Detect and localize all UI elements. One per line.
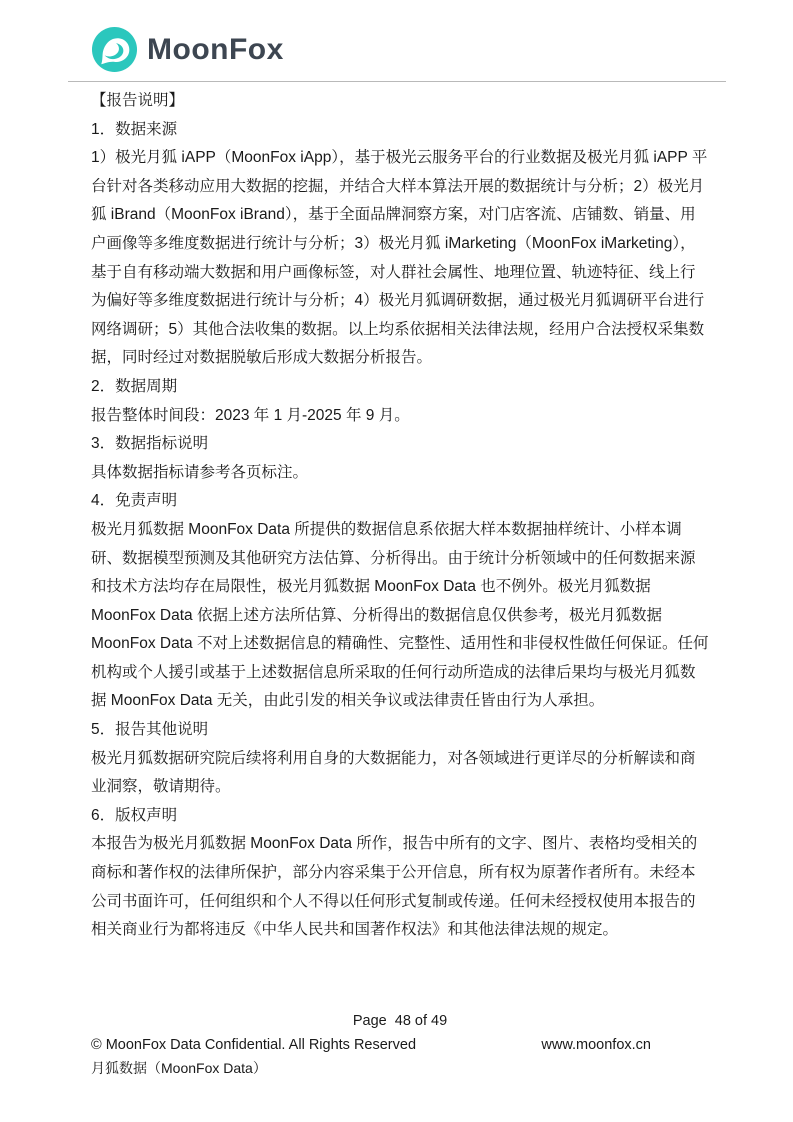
moonfox-logo: MoonFox xyxy=(91,26,284,73)
report-body: 【报告说明】 1．数据来源 1）极光月狐 iAPP（MoonFox iApp），… xyxy=(91,87,709,945)
section-body: 1）极光月狐 iAPP（MoonFox iApp），基于极光云服务平台的行业数据… xyxy=(91,144,709,373)
report-page: MoonFox 【报告说明】 1．数据来源 1）极光月狐 iAPP（MoonFo… xyxy=(0,0,793,1122)
section-body: 极光月狐数据 MoonFox Data 所提供的数据信息系依据大样本数据抽样统计… xyxy=(91,516,709,716)
report-section: 4．免责声明 极光月狐数据 MoonFox Data 所提供的数据信息系依据大样… xyxy=(91,487,709,716)
section-body: 本报告为极光月狐数据 MoonFox Data 所作，报告中所有的文字、图片、表… xyxy=(91,830,709,944)
page-number: Page 48 of 49 xyxy=(91,1013,709,1029)
section-body: 极光月狐数据研究院后续将利用自身的大数据能力，对各领域进行更详尽的分析解读和商业… xyxy=(91,745,709,802)
website-link[interactable]: www.moonfox.cn xyxy=(541,1037,651,1053)
report-section: 6．版权声明 本报告为极光月狐数据 MoonFox Data 所作，报告中所有的… xyxy=(91,802,709,945)
brand-footer-text: 月狐数据（MoonFox Data） xyxy=(91,1058,267,1078)
report-title: 【报告说明】 xyxy=(91,87,709,116)
moonfox-logo-icon xyxy=(91,26,138,73)
section-body: 具体数据指标请参考各页标注。 xyxy=(91,459,709,488)
header-divider xyxy=(68,81,726,82)
report-section: 1．数据来源 1）极光月狐 iAPP（MoonFox iApp），基于极光云服务… xyxy=(91,116,709,373)
report-section: 2．数据周期 报告整体时间段：2023 年 1 月-2025 年 9 月。 xyxy=(91,373,709,430)
section-heading: 1．数据来源 xyxy=(91,116,709,145)
section-heading: 3．数据指标说明 xyxy=(91,430,709,459)
moonfox-logo-text: MoonFox xyxy=(147,33,284,67)
report-section: 3．数据指标说明 具体数据指标请参考各页标注。 xyxy=(91,430,709,487)
section-heading: 6．版权声明 xyxy=(91,802,709,831)
section-heading: 5．报告其他说明 xyxy=(91,716,709,745)
section-heading: 2．数据周期 xyxy=(91,373,709,402)
section-heading: 4．免责声明 xyxy=(91,487,709,516)
footer-row: © MoonFox Data Confidential. All Rights … xyxy=(91,1037,651,1053)
copyright-text: © MoonFox Data Confidential. All Rights … xyxy=(91,1037,416,1053)
section-body: 报告整体时间段：2023 年 1 月-2025 年 9 月。 xyxy=(91,402,709,431)
report-section: 5．报告其他说明 极光月狐数据研究院后续将利用自身的大数据能力，对各领域进行更详… xyxy=(91,716,709,802)
